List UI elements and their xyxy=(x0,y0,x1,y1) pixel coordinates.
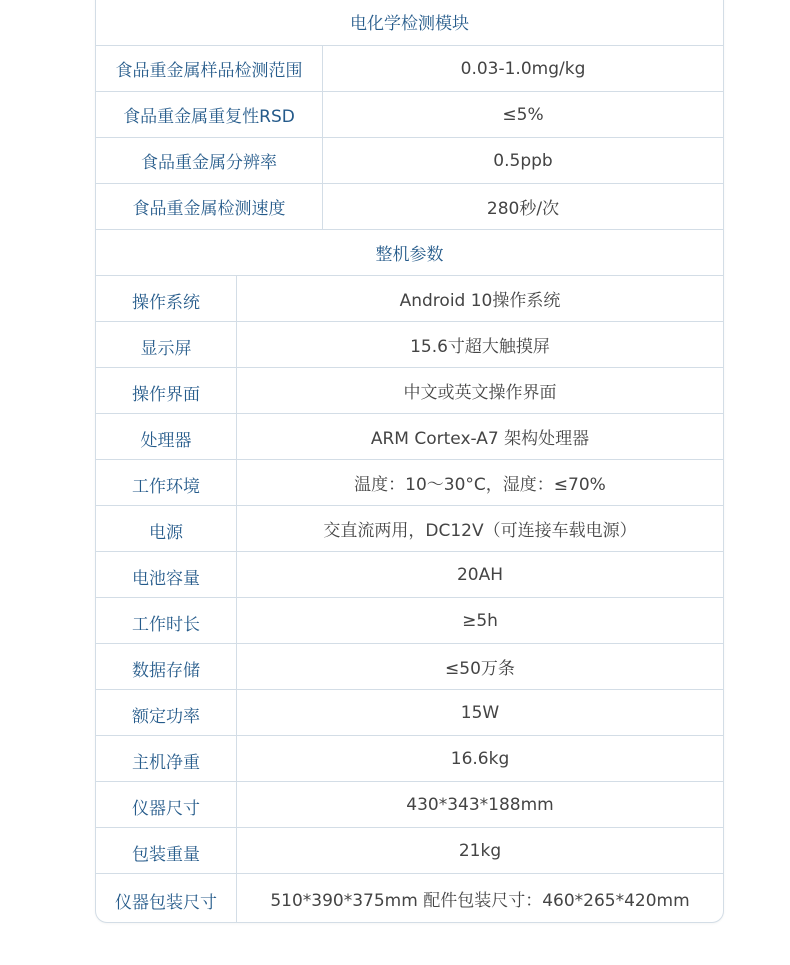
row-value: 温度：10～30°C，湿度：≤70% xyxy=(237,460,723,505)
table-row: 食品重金属重复性RSD ≤5% xyxy=(96,91,723,137)
row-value: 430*343*188mm xyxy=(237,782,723,827)
row-value: ≤50万条 xyxy=(237,644,723,689)
table-row: 食品重金属检测速度 280秒/次 xyxy=(96,183,723,229)
table-row: 电源 交直流两用，DC12V（可连接车载电源） xyxy=(96,505,723,551)
row-label: 食品重金属重复性RSD xyxy=(96,92,323,137)
row-value: 20AH xyxy=(237,552,723,597)
row-label: 额定功率 xyxy=(96,690,237,735)
section-header-electrochemical: 电化学检测模块 xyxy=(96,0,723,45)
section-header-machine-params: 整机参数 xyxy=(96,229,723,275)
table-row: 仪器包装尺寸 510*390*375mm 配件包装尺寸：460*265*420m… xyxy=(96,873,723,922)
section-title: 整机参数 xyxy=(376,240,444,265)
row-label: 仪器包装尺寸 xyxy=(96,874,237,922)
table-row: 仪器尺寸 430*343*188mm xyxy=(96,781,723,827)
row-value: 15W xyxy=(237,690,723,735)
row-label: 食品重金属样品检测范围 xyxy=(96,46,323,91)
row-label: 电源 xyxy=(96,506,237,551)
row-label: 显示屏 xyxy=(96,322,237,367)
table-row: 操作界面 中文或英文操作界面 xyxy=(96,367,723,413)
row-value: 0.03-1.0mg/kg xyxy=(323,46,723,91)
row-label: 处理器 xyxy=(96,414,237,459)
section-title: 电化学检测模块 xyxy=(350,9,469,34)
row-label: 工作时长 xyxy=(96,598,237,643)
row-label: 主机净重 xyxy=(96,736,237,781)
table-row: 主机净重 16.6kg xyxy=(96,735,723,781)
row-label: 工作环境 xyxy=(96,460,237,505)
table-row: 显示屏 15.6寸超大触摸屏 xyxy=(96,321,723,367)
row-value: 0.5ppb xyxy=(323,138,723,183)
row-value: 16.6kg xyxy=(237,736,723,781)
table-row: 操作系统 Android 10操作系统 xyxy=(96,275,723,321)
row-value: 15.6寸超大触摸屏 xyxy=(237,322,723,367)
table-row: 处理器 ARM Cortex-A7 架构处理器 xyxy=(96,413,723,459)
row-label: 数据存储 xyxy=(96,644,237,689)
table-row: 数据存储 ≤50万条 xyxy=(96,643,723,689)
table-row: 额定功率 15W xyxy=(96,689,723,735)
table-row: 包装重量 21kg xyxy=(96,827,723,873)
row-value: 交直流两用，DC12V（可连接车载电源） xyxy=(237,506,723,551)
spec-table: 电化学检测模块 食品重金属样品检测范围 0.03-1.0mg/kg 食品重金属重… xyxy=(95,0,724,923)
table-row: 食品重金属分辨率 0.5ppb xyxy=(96,137,723,183)
row-label: 电池容量 xyxy=(96,552,237,597)
row-value: ARM Cortex-A7 架构处理器 xyxy=(237,414,723,459)
row-label: 操作系统 xyxy=(96,276,237,321)
row-value: 280秒/次 xyxy=(323,184,723,229)
row-value: ≤5% xyxy=(323,92,723,137)
row-value: 21kg xyxy=(237,828,723,873)
row-value: Android 10操作系统 xyxy=(237,276,723,321)
table-row: 电池容量 20AH xyxy=(96,551,723,597)
row-label: 操作界面 xyxy=(96,368,237,413)
row-label: 仪器尺寸 xyxy=(96,782,237,827)
table-row: 工作环境 温度：10～30°C，湿度：≤70% xyxy=(96,459,723,505)
row-label: 食品重金属分辨率 xyxy=(96,138,323,183)
row-value: ≥5h xyxy=(237,598,723,643)
table-row: 食品重金属样品检测范围 0.03-1.0mg/kg xyxy=(96,45,723,91)
row-label: 包装重量 xyxy=(96,828,237,873)
table-row: 工作时长 ≥5h xyxy=(96,597,723,643)
row-label: 食品重金属检测速度 xyxy=(96,184,323,229)
row-value: 中文或英文操作界面 xyxy=(237,368,723,413)
row-value: 510*390*375mm 配件包装尺寸：460*265*420mm xyxy=(237,874,723,922)
